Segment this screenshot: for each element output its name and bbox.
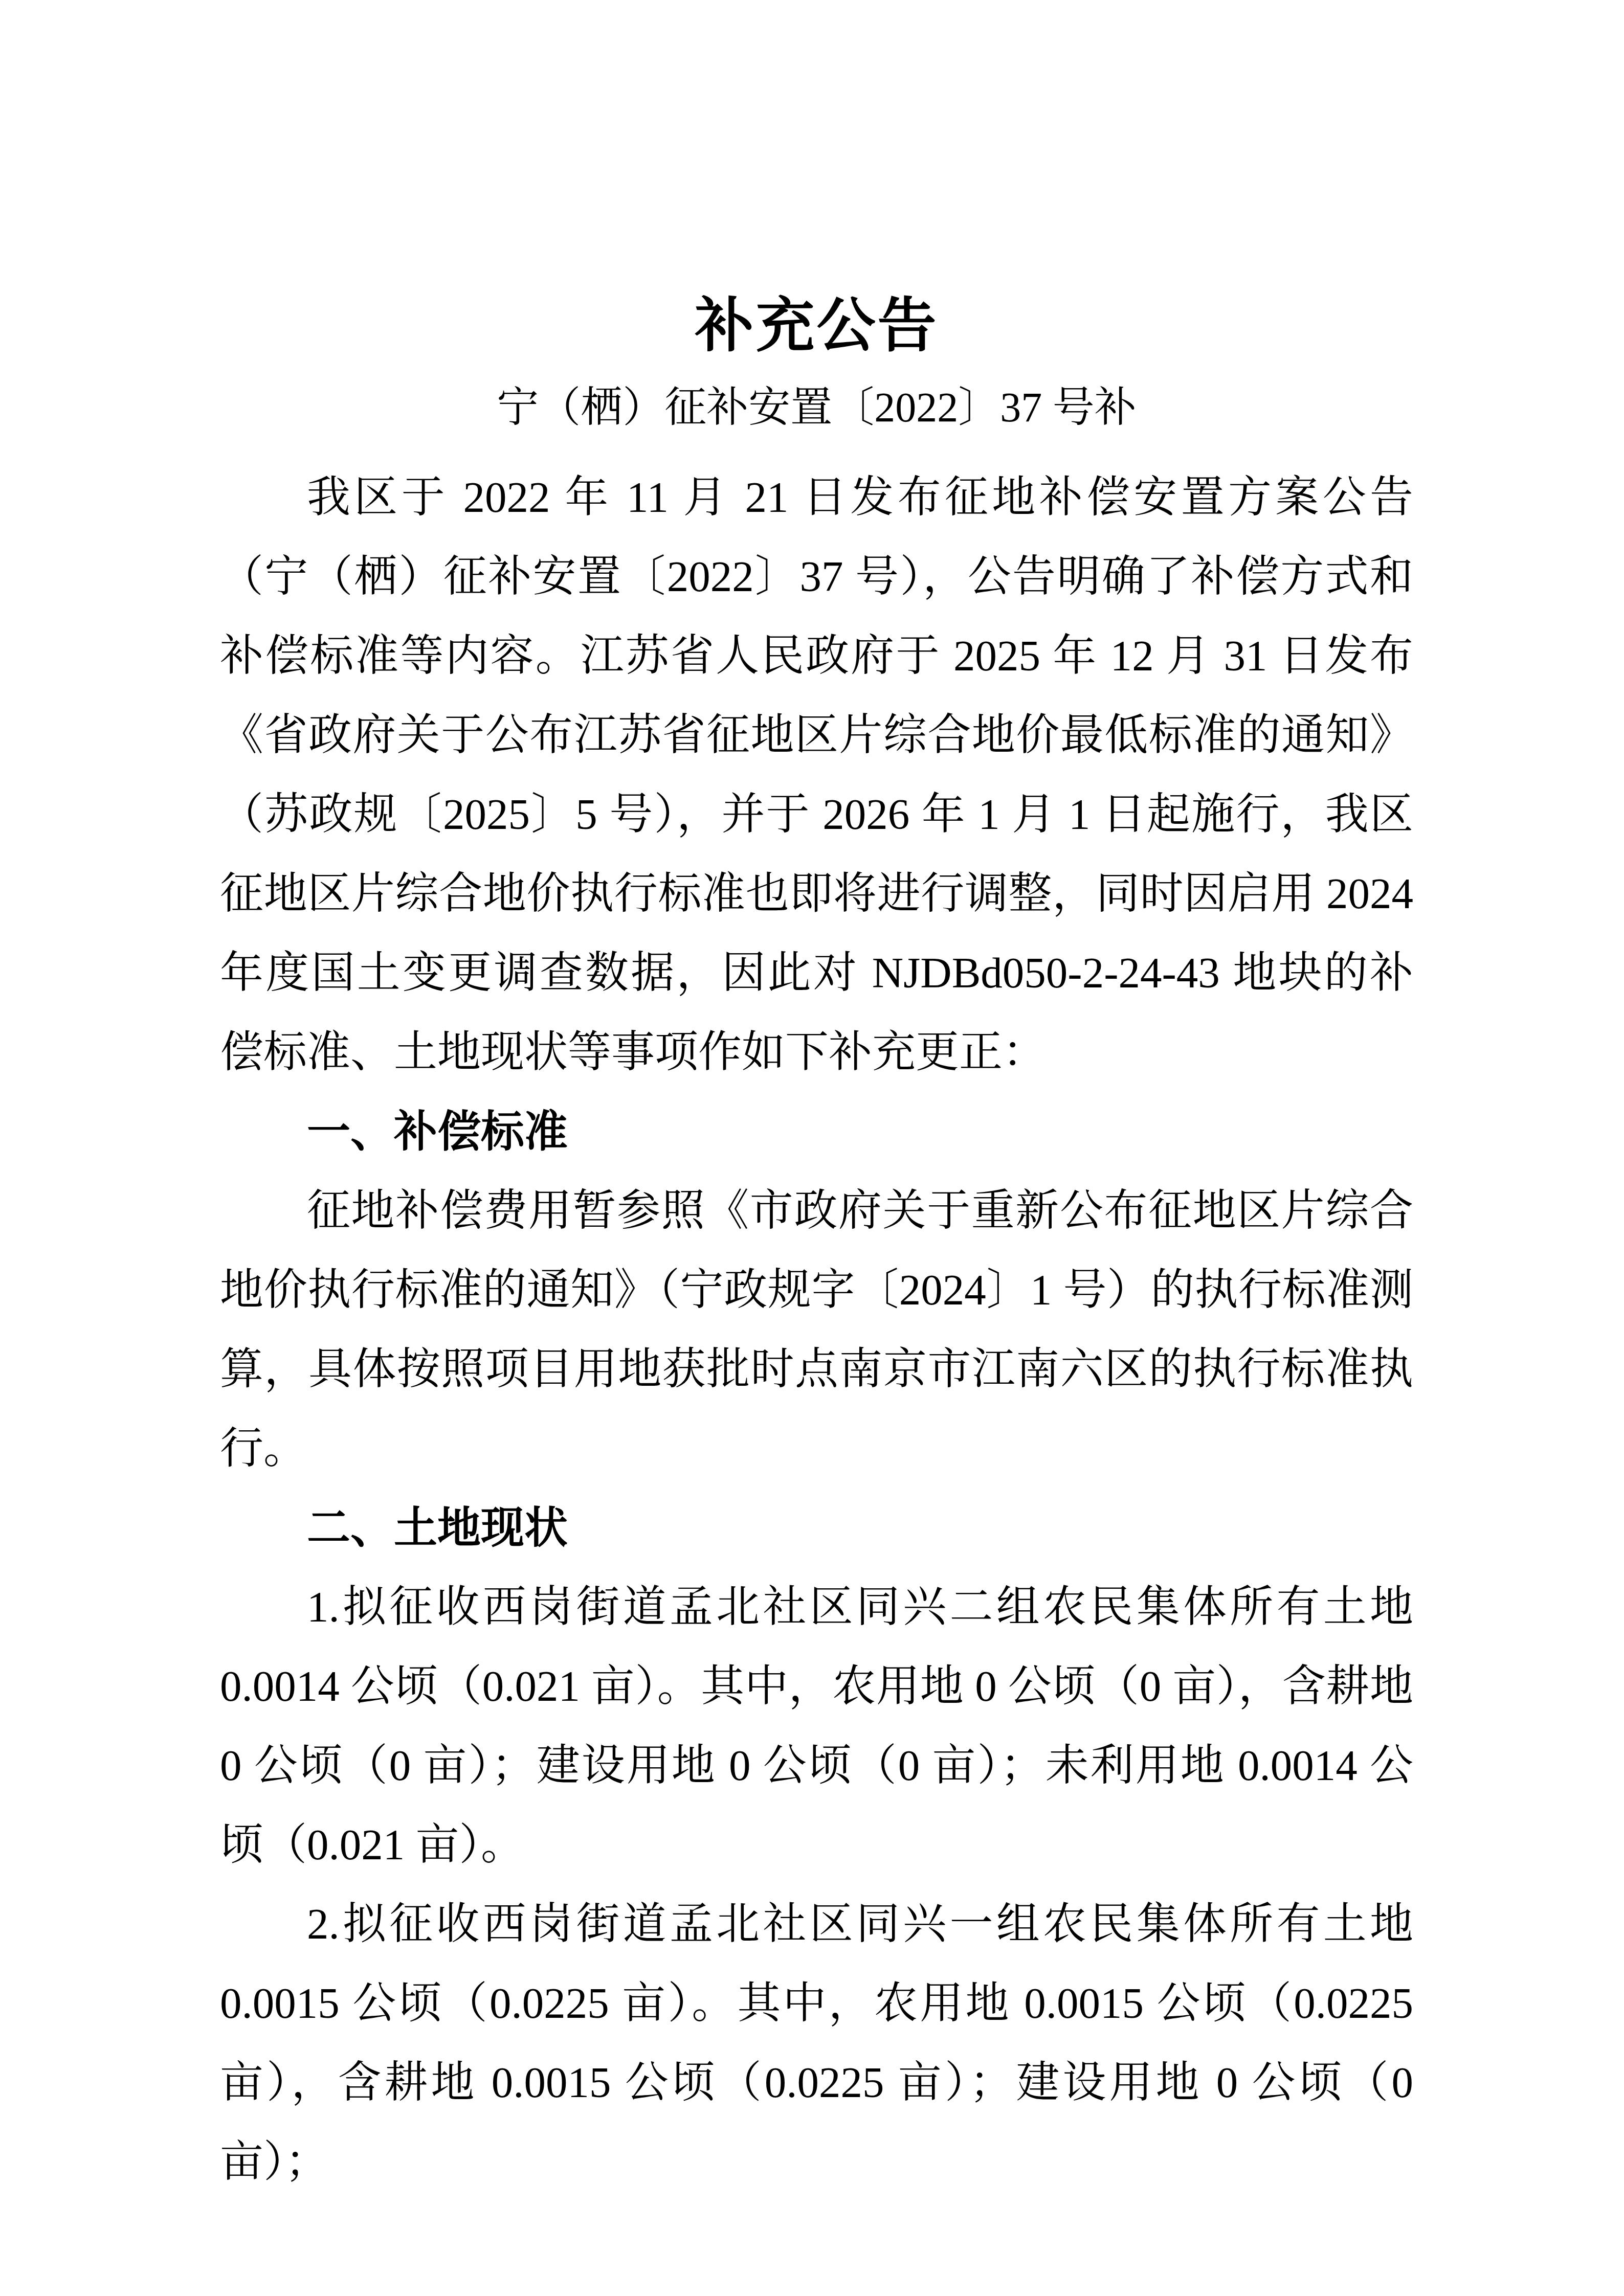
document-number: 宁（栖）征补安置〔2022〕37 号补: [220, 377, 1413, 438]
document-body: 我区于 2022 年 11 月 21 日发布征地补偿安置方案公告（宁（栖）征补安…: [220, 458, 1413, 2202]
land-status-item-1-paragraph: 1.拟征收西岗街道孟北社区同兴二组农民集体所有土地 0.0014 公顷（0.02…: [220, 1568, 1413, 1885]
compensation-standard-paragraph: 征地补偿费用暂参照《市政府关于重新公布征地区片综合地价执行标准的通知》（宁政规字…: [220, 1172, 1413, 1489]
intro-paragraph: 我区于 2022 年 11 月 21 日发布征地补偿安置方案公告（宁（栖）征补安…: [220, 458, 1413, 1092]
document-page: 补充公告 宁（栖）征补安置〔2022〕37 号补 我区于 2022 年 11 月…: [0, 0, 1624, 2296]
land-status-item-2-paragraph: 2.拟征收西岗街道孟北社区同兴一组农民集体所有土地 0.0015 公顷（0.02…: [220, 1885, 1413, 2202]
section-heading-compensation-standard: 一、补偿标准: [220, 1092, 1413, 1172]
document-title: 补充公告: [220, 285, 1413, 367]
section-heading-land-status: 二、土地现状: [220, 1489, 1413, 1568]
